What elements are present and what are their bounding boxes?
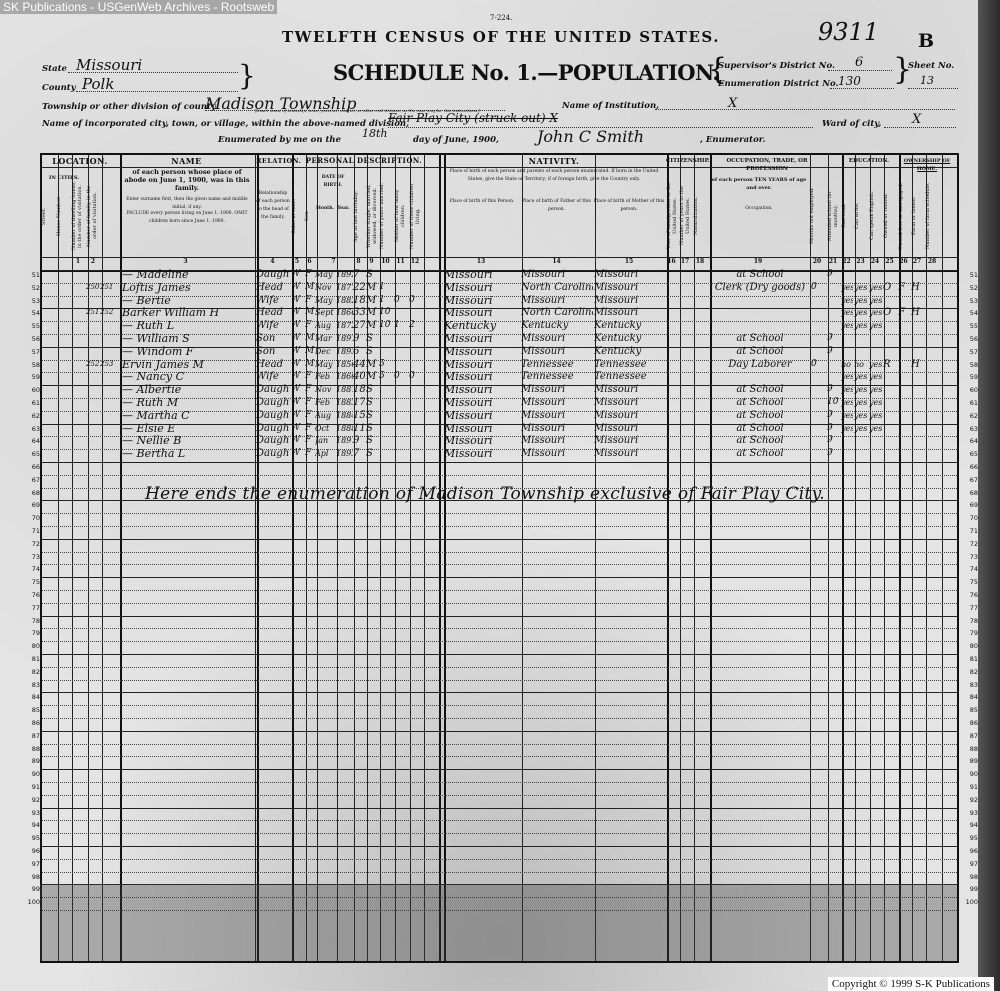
cell-school: 9	[827, 447, 840, 460]
cell-write: yes	[854, 409, 868, 422]
cell-birth: Missouri	[444, 396, 520, 409]
enumerated-day: 18th	[362, 127, 388, 140]
cell-sex: M	[305, 281, 315, 294]
line-number: 75	[22, 578, 40, 586]
cell-family: 251	[100, 281, 114, 294]
cell-marital: M	[366, 358, 378, 371]
column-divider	[395, 155, 396, 961]
cell-dwelling: 252	[86, 358, 100, 371]
cell-age: 6	[353, 345, 365, 358]
vheader-can-speak-english: Can speak English.	[869, 180, 882, 252]
cell-mother: Kentucky	[594, 332, 665, 345]
line-number: 84	[22, 693, 40, 701]
cell-relation: Head	[256, 306, 290, 319]
cell-sex: F	[305, 434, 315, 447]
cell-english: yes	[869, 294, 882, 307]
cell-year: 1893	[336, 345, 353, 358]
cell-mother: Tennessee	[594, 358, 665, 371]
cell-unemployed: 0	[811, 358, 826, 371]
cell-marital: S	[366, 332, 378, 345]
occupation-header: OCCUPATION, TRADE, OR PROFESSION	[710, 157, 824, 173]
row-line	[42, 846, 957, 847]
enumerated-prefix: Enumerated by me on the	[218, 135, 341, 145]
cell-write: yes	[854, 422, 868, 435]
row-line	[42, 462, 957, 463]
column-number: 19	[708, 258, 808, 265]
row-line	[42, 859, 957, 860]
cell-color: W	[291, 447, 304, 460]
cell-birth: Missouri	[444, 345, 520, 358]
cell-relation: Daughter	[256, 409, 290, 422]
cell-relation: Daughter	[256, 383, 290, 396]
line-number: 92	[22, 796, 40, 804]
cell-birth: Missouri	[444, 332, 520, 345]
cell-dwelling: 250	[86, 281, 100, 294]
line-number: 90	[22, 770, 40, 778]
cell-yrs-married: 5	[379, 358, 393, 371]
line-number: 69	[960, 501, 978, 509]
cell-occupation: at School	[712, 434, 808, 447]
column-divider	[102, 155, 103, 961]
column-number: 26	[897, 258, 910, 265]
cell-color: W	[291, 268, 304, 281]
cell-year: 1891	[336, 332, 353, 345]
line-number: 56	[960, 335, 978, 343]
cell-birth: Missouri	[444, 409, 520, 422]
cell-marital: S	[366, 409, 378, 422]
cell-sex: F	[305, 409, 315, 422]
cell-sex: M	[305, 306, 315, 319]
line-number: 87	[960, 732, 978, 740]
cell-marital: S	[366, 396, 378, 409]
line-number: 78	[22, 617, 40, 625]
sheet-label: Sheet No.	[908, 61, 954, 71]
line-number: 86	[960, 719, 978, 727]
cell-read: yes	[841, 409, 853, 422]
cell-name: — Nellie B	[122, 434, 254, 447]
cell-relation: Daughter	[256, 422, 290, 435]
line-number: 78	[960, 617, 978, 625]
cell-sex: F	[305, 370, 315, 383]
line-number: 70	[22, 514, 40, 522]
column-number: 25	[882, 258, 897, 265]
column-divider	[58, 155, 59, 961]
cell-father: Tennessee	[521, 358, 593, 371]
row-line	[42, 718, 957, 719]
line-number: 91	[22, 783, 40, 791]
cell-english: yes	[869, 281, 882, 294]
cell-age: 11	[353, 422, 365, 435]
supervisor-label: Supervisor's District No.	[718, 61, 835, 71]
row-line	[42, 680, 957, 681]
cell-father: Missouri	[521, 396, 593, 409]
line-number: 58	[22, 361, 40, 369]
cell-read: yes	[841, 383, 853, 396]
cell-year: 1881	[336, 383, 353, 396]
cell-month: Jan	[315, 434, 335, 447]
line-number: 96	[960, 847, 978, 855]
cell-month: Dec	[315, 345, 335, 358]
sheet-side-letter: B	[918, 30, 934, 52]
line-number: 76	[22, 591, 40, 599]
cell-sex: F	[305, 447, 315, 460]
line-number: 82	[960, 668, 978, 676]
column-divider	[439, 155, 441, 961]
row-line	[42, 782, 957, 783]
cell-year: 1860	[336, 370, 353, 383]
institution-label: Name of Institution,	[562, 101, 659, 111]
column-divider	[680, 155, 681, 961]
cell-age: 44	[353, 358, 365, 371]
line-number: 92	[960, 796, 978, 804]
row-line	[42, 628, 957, 629]
cell-month: Sept	[315, 306, 335, 319]
cell-mother-of: 1	[394, 319, 408, 332]
cell-living: 2	[409, 319, 422, 332]
cell-month: Mar	[315, 332, 335, 345]
cell-english: yes	[869, 396, 882, 409]
vheader-years-in-us: Number of years in the United States.	[679, 180, 692, 252]
cell-month: Aug	[315, 409, 335, 422]
line-number: 71	[22, 527, 40, 535]
cell-name: — Albertie	[122, 383, 254, 396]
line-number: 79	[22, 629, 40, 637]
vheader-dwelling: Number of dwelling-house, in the order o…	[71, 180, 86, 252]
month-header: Month.	[315, 205, 335, 213]
line-number: 66	[960, 463, 978, 471]
row-line	[42, 577, 957, 578]
line-number: 98	[960, 873, 978, 881]
cell-english: yes	[869, 383, 882, 396]
cell-yrs-married: 5	[379, 370, 393, 383]
vheader-family: Number of family, in the order of visita…	[86, 180, 100, 252]
cell-occupation: at School	[712, 383, 808, 396]
column-number: 18	[692, 258, 708, 265]
cell-father: Kentucky	[521, 319, 593, 332]
birth-person-header: Place of birth of this Person.	[444, 198, 520, 206]
line-number: 95	[22, 834, 40, 842]
line-number: 72	[22, 540, 40, 548]
cell-english: yes	[869, 306, 882, 319]
cell-year: 1872	[336, 319, 353, 332]
schedule-title: SCHEDULE No. 1.—POPULATION.	[333, 60, 719, 85]
watermark-text: SK Publications - USGenWeb Archives - Ro…	[0, 0, 277, 14]
line-number: 62	[960, 412, 978, 420]
cell-marital: S	[366, 447, 378, 460]
copyright-notice: Copyright © 1999 S-K Publications	[828, 977, 994, 991]
cell-dwelling: 251	[86, 306, 100, 319]
cell-name: — Windom F	[122, 345, 254, 358]
column-divider	[424, 155, 425, 961]
cell-marital: S	[366, 434, 378, 447]
line-number: 85	[960, 706, 978, 714]
cell-write: yes	[854, 319, 868, 332]
row-line	[42, 539, 957, 540]
line-number: 83	[22, 681, 40, 689]
cell-color: W	[291, 396, 304, 409]
cell-birth: Missouri	[444, 422, 520, 435]
column-number: 1	[70, 258, 86, 265]
line-number: 61	[22, 399, 40, 407]
column-divider	[667, 155, 669, 961]
cell-birth: Missouri	[444, 447, 520, 460]
supervisor-value: 6	[855, 55, 863, 70]
row-line	[42, 667, 957, 668]
personal-header: PERSONAL DESCRIPTION.	[292, 157, 436, 165]
cell-free: F	[898, 281, 910, 294]
cell-school: 9	[827, 434, 840, 447]
scan-edge-shadow	[978, 0, 1000, 991]
state-value: Missouri	[76, 56, 142, 74]
line-number: 72	[960, 540, 978, 548]
line-number: 91	[960, 783, 978, 791]
line-number: 77	[22, 604, 40, 612]
cell-own: O	[883, 306, 897, 319]
cell-school: 10	[827, 396, 840, 409]
cell-birth: Kentucky	[444, 319, 520, 332]
enum-district-line	[830, 88, 894, 89]
cell-age: 7	[353, 447, 365, 460]
cell-father: Tennessee	[521, 370, 593, 383]
cell-age: 33	[353, 306, 365, 319]
row-line	[42, 654, 957, 655]
cell-name: — William S	[122, 332, 254, 345]
cell-relation: Wife	[256, 370, 290, 383]
cell-read: yes	[841, 396, 853, 409]
column-number: 27	[910, 258, 924, 265]
cell-name: — Bertha L	[122, 447, 254, 460]
cell-relation: Son	[256, 332, 290, 345]
cell-unemployed: 0	[811, 281, 826, 294]
row-line	[42, 795, 957, 796]
dob-header: DATE OF BIRTH.	[315, 174, 351, 190]
cell-birth: Missouri	[444, 434, 520, 447]
cell-marital: S	[366, 422, 378, 435]
county-value: Polk	[82, 75, 114, 93]
column-number: 5	[290, 258, 304, 265]
name-header: NAME	[120, 157, 253, 165]
cell-sex: F	[305, 383, 315, 396]
cell-family: 253	[100, 358, 114, 371]
vheader-house-number: House Number.	[56, 180, 70, 252]
line-number: 99	[22, 885, 40, 893]
line-number: 99	[960, 885, 978, 893]
row-line	[42, 808, 957, 809]
line-number: 77	[960, 604, 978, 612]
cell-sex: M	[305, 332, 315, 345]
cell-month: Aug	[315, 319, 335, 332]
cell-yrs-married: 10	[379, 319, 393, 332]
cell-color: W	[291, 294, 304, 307]
cell-mother: Missouri	[594, 396, 665, 409]
line-number: 94	[22, 821, 40, 829]
line-number: 89	[960, 757, 978, 765]
column-number: 11	[393, 258, 408, 265]
vheader-mother-of: Mother of how many children.	[394, 180, 408, 252]
cell-color: W	[291, 306, 304, 319]
cell-year: 1883	[336, 396, 353, 409]
county-label: County	[42, 83, 76, 93]
cell-sex: F	[305, 319, 315, 332]
occupation-col-header: Occupation.	[710, 205, 808, 213]
state-label: State	[42, 64, 67, 74]
cell-school: 9	[827, 422, 840, 435]
cell-name: — Nancy C	[122, 370, 254, 383]
line-number: 69	[22, 501, 40, 509]
cell-birth: Missouri	[444, 268, 520, 281]
cell-yrs-married: 10	[379, 306, 393, 319]
cell-birth: Missouri	[444, 294, 520, 307]
institution-line	[655, 109, 955, 110]
column-number: 16	[665, 258, 678, 265]
line-number: 67	[960, 476, 978, 484]
cell-occupation: at School	[712, 332, 808, 345]
column-number: 22	[840, 258, 853, 265]
cell-month: May	[315, 294, 335, 307]
cell-color: W	[291, 319, 304, 332]
cell-father: North Carolina	[521, 306, 593, 319]
line-number: 89	[22, 757, 40, 765]
cell-marital: S	[366, 383, 378, 396]
line-number: 97	[22, 860, 40, 868]
cell-yrs-married: 1	[379, 281, 393, 294]
column-divider	[899, 155, 901, 961]
column-number: 6	[304, 258, 315, 265]
line-number: 65	[22, 450, 40, 458]
row-line	[42, 590, 957, 591]
line-number: 59	[960, 373, 978, 381]
vheader-farm-schedule: Number of farm schedule.	[925, 180, 940, 252]
cell-father: Missouri	[521, 409, 593, 422]
cell-relation: Head	[256, 358, 290, 371]
cell-english: yes	[869, 370, 882, 383]
cell-birth: Missouri	[444, 358, 520, 371]
cell-name: Barker William H	[122, 306, 254, 319]
cell-family: 252	[100, 306, 114, 319]
cell-age: 18	[353, 294, 365, 307]
cell-relation: Head	[256, 281, 290, 294]
line-number: 51	[960, 271, 978, 279]
name-instr2: INCLUDE every person living on June 1, 1…	[122, 210, 252, 226]
cell-month: Nov	[315, 281, 335, 294]
cell-read: yes	[841, 370, 853, 383]
cell-name: — Elsie E	[122, 422, 254, 435]
supervisor-line	[828, 70, 892, 71]
line-number: 60	[22, 386, 40, 394]
line-number: 79	[960, 629, 978, 637]
ward-value: X	[912, 112, 921, 127]
column-number: 21	[826, 258, 840, 265]
column-divider	[410, 155, 411, 961]
line-number: 62	[22, 412, 40, 420]
line-number: 51	[22, 271, 40, 279]
cell-english: yes	[869, 422, 882, 435]
relation-header: RELATION.	[256, 157, 290, 165]
cell-sex: F	[305, 294, 315, 307]
city-label: Name of incorporated city, town, or vill…	[42, 119, 409, 129]
cell-birth: Missouri	[444, 281, 520, 294]
cell-father: Missouri	[521, 422, 593, 435]
cell-farm: H	[911, 281, 924, 294]
cell-mother: Missouri	[594, 422, 665, 435]
cell-english: yes	[869, 358, 882, 371]
cell-occupation: at School	[712, 422, 808, 435]
cell-father: Missouri	[521, 447, 593, 460]
cell-age: 22	[353, 281, 365, 294]
sheet-value: 13	[920, 74, 934, 87]
column-number: 13	[442, 258, 520, 265]
cell-month: Nov	[315, 383, 335, 396]
cell-color: W	[291, 422, 304, 435]
cell-write: yes	[854, 306, 868, 319]
cell-age: 17	[353, 396, 365, 409]
cell-write: yes	[854, 281, 868, 294]
line-number: 86	[22, 719, 40, 727]
line-number: 54	[22, 309, 40, 317]
cell-year: 1882	[336, 294, 353, 307]
line-number: 100	[960, 898, 978, 906]
cell-relation: Wife	[256, 294, 290, 307]
line-number: 68	[22, 489, 40, 497]
line-number: 52	[960, 284, 978, 292]
cell-write: yes	[854, 383, 868, 396]
cell-read: yes	[841, 306, 853, 319]
line-number: 59	[22, 373, 40, 381]
line-number: 96	[22, 847, 40, 855]
nativity-header: NATIVITY.	[444, 157, 664, 165]
column-divider	[870, 155, 871, 961]
vheader-naturalization: Naturalization.	[693, 180, 708, 252]
vheader-sex: Sex.	[304, 180, 315, 252]
line-number: 53	[960, 297, 978, 305]
cell-read: yes	[841, 319, 853, 332]
line-number: 87	[22, 732, 40, 740]
line-number: 83	[960, 681, 978, 689]
cell-birth: Missouri	[444, 370, 520, 383]
row-line	[42, 641, 957, 642]
column-number: 3	[118, 258, 253, 265]
cell-mother: Missouri	[594, 294, 665, 307]
cell-own: O	[883, 281, 897, 294]
line-number: 64	[960, 437, 978, 445]
column-number: 9	[365, 258, 378, 265]
cell-month: Feb	[315, 396, 335, 409]
cell-color: W	[291, 383, 304, 396]
line-number: 64	[22, 437, 40, 445]
cell-school: 9	[827, 332, 840, 345]
column-divider	[72, 155, 73, 961]
line-number: 56	[22, 335, 40, 343]
cell-age: 40	[353, 370, 365, 383]
cell-father: Missouri	[521, 268, 593, 281]
row-line	[42, 616, 957, 617]
column-number: 7	[315, 258, 352, 265]
cell-month: Apl	[315, 447, 335, 460]
cell-sex: F	[305, 422, 315, 435]
line-number: 61	[960, 399, 978, 407]
cell-age: 9	[353, 332, 365, 345]
row-line	[42, 513, 957, 514]
ward-line	[884, 127, 956, 128]
cell-name: — Ruth L	[122, 319, 254, 332]
line-number: 97	[960, 860, 978, 868]
line-number: 88	[22, 745, 40, 753]
line-number: 94	[960, 821, 978, 829]
column-divider	[926, 155, 927, 961]
cell-relation: Daughter	[256, 434, 290, 447]
cell-mother: Missouri	[594, 281, 665, 294]
row-line	[42, 833, 957, 834]
